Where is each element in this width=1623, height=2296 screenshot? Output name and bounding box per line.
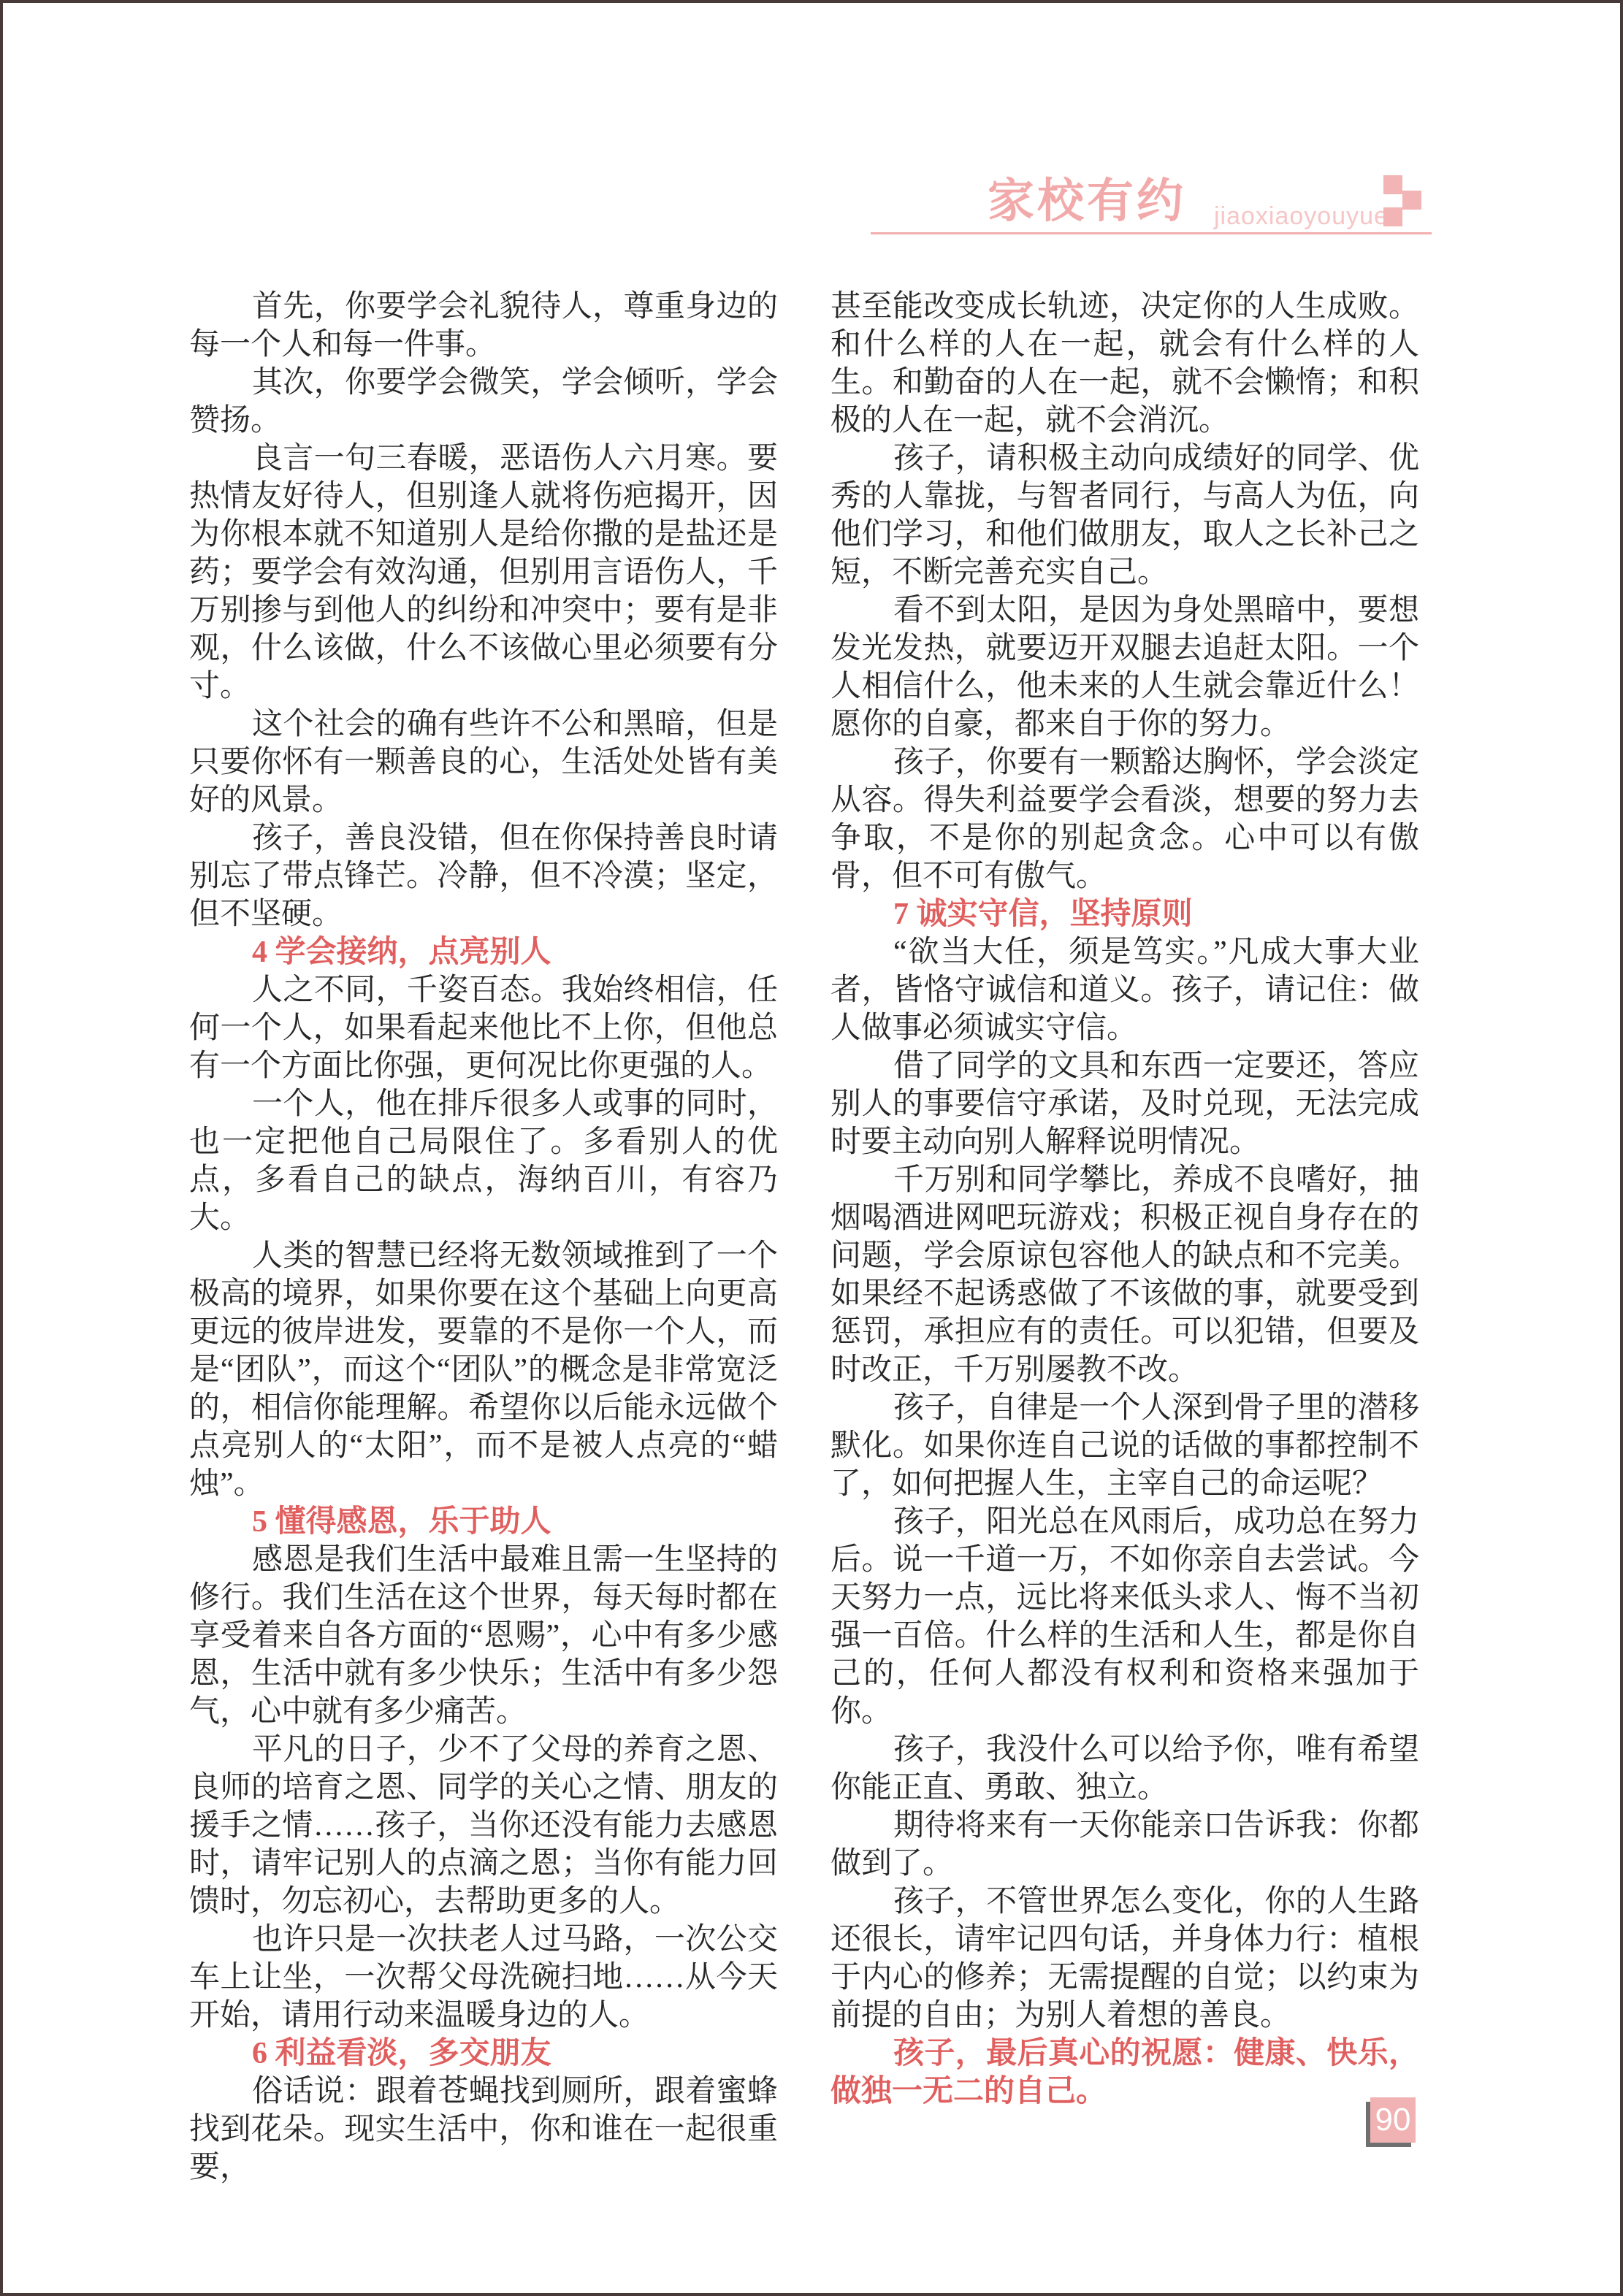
- paragraph: 感恩是我们生活中最难且需一生坚持的修行。我们生活在这个世界，每天每时都在享受着来…: [189, 1541, 778, 1731]
- closing-wish-paragraph: 孩子，最后真心的祝愿：健康、快乐，做独一无二的自己。: [830, 2035, 1419, 2111]
- paragraph: 孩子，你要有一颗豁达胸怀，学会淡定从容。得失利益要学会看淡，想要的努力去争取，不…: [830, 743, 1419, 895]
- paragraph: 借了同学的文具和东西一定要还，答应别人的事要信守承诺，及时兑现，无法完成时要主动…: [830, 1047, 1419, 1161]
- paragraph: 孩子，不管世界怎么变化，你的人生路还很长，请牢记四句话，并身体力行：植根于内心的…: [830, 1883, 1419, 2035]
- paragraph: 看不到太阳，是因为身处黑暗中，要想发光发热，就要迈开双腿去追赶太阳。一个人相信什…: [830, 592, 1419, 743]
- paragraph: 平凡的日子，少不了父母的养育之恩、良师的培育之恩、同学的关心之情、朋友的援手之情…: [189, 1731, 778, 1921]
- paragraph: 首先，你要学会礼貌待人，尊重身边的每一个人和每一件事。: [189, 288, 778, 364]
- pink-square-icon: [1402, 191, 1421, 210]
- paragraph: 孩子，善良没错，但在你保持善良时请别忘了带点锋芒。冷静，但不冷漠；坚定，但不坚硬…: [189, 819, 778, 933]
- magazine-page: 家校有约 jiaoxiaoyouyue 首先，你要学会礼貌待人，尊重身边的每一个…: [0, 0, 1623, 2296]
- section-heading-6: 6 利益看淡，多交朋友: [189, 2035, 778, 2073]
- section-heading-7: 7 诚实守信，坚持原则: [830, 895, 1419, 933]
- column-title-pinyin: jiaoxiaoyouyue: [1214, 202, 1389, 231]
- page-header: 家校有约 jiaoxiaoyouyue: [871, 169, 1432, 234]
- paragraph: 孩子，请积极主动向成绩好的同学、优秀的人靠拢，与智者同行，与高人为伍，向他们学习…: [830, 440, 1419, 592]
- paragraph: 千万别和同学攀比，养成不良嗜好，抽烟喝酒进网吧玩游戏；积极正视自身存在的问题，学…: [830, 1161, 1419, 1389]
- page-number-badge: 90: [1370, 2097, 1416, 2143]
- paragraph: 孩子，自律是一个人深到骨子里的潜移默化。如果你连自己说的话做的事都控制不了，如何…: [830, 1389, 1419, 1503]
- paragraph: 孩子，我没什么可以给予你，唯有希望你能正直、勇敢、独立。: [830, 1731, 1419, 1807]
- paragraph: 期待将来有一天你能亲口告诉我：你都做到了。: [830, 1807, 1419, 1883]
- paragraph: 人类的智慧已经将无数领域推到了一个极高的境界，如果你要在这个基础上向更高更远的彼…: [189, 1237, 778, 1503]
- paragraph: 俗话说：跟着苍蝇找到厕所，跟着蜜蜂找到花朵。现实生活中，你和谁在一起很重要，: [189, 2073, 778, 2186]
- paragraph: 人之不同，千姿百态。我始终相信，任何一个人，如果看起来他比不上你，但他总有一个方…: [189, 971, 778, 1085]
- checker-squares-decoration: [1383, 175, 1421, 232]
- paragraph: 良言一句三春暖，恶语伤人六月寒。要热情友好待人，但别逢人就将伤疤揭开，因为你根本…: [189, 440, 778, 705]
- paragraph: 一个人，他在排斥很多人或事的同时，也一定把他自己局限住了。多看别人的优点，多看自…: [189, 1085, 778, 1237]
- paragraph-continuation: 甚至能改变成长轨迹，决定你的人生成败。和什么样的人在一起，就会有什么样的人生。和…: [830, 288, 1419, 440]
- left-text-column: 首先，你要学会礼貌待人，尊重身边的每一个人和每一件事。 其次，你要学会微笑，学会…: [189, 288, 778, 2186]
- paragraph: 孩子，阳光总在风雨后，成功总在努力后。说一千道一万，不如你亲自去尝试。今天努力一…: [830, 1503, 1419, 1731]
- pink-square-icon: [1383, 175, 1402, 194]
- paragraph: 这个社会的确有些许不公和黑暗，但是只要你怀有一颗善良的心，生活处处皆有美好的风景…: [189, 705, 778, 819]
- column-title: 家校有约: [988, 164, 1186, 231]
- paragraph: 也许只是一次扶老人过马路，一次公交车上让坐，一次帮父母洗碗扫地……从今天开始，请…: [189, 1921, 778, 2035]
- paragraph: “欲当大任，须是笃实。”凡成大事大业者，皆恪守诚信和道义。孩子，请记住：做人做事…: [830, 933, 1419, 1047]
- section-heading-4: 4 学会接纳，点亮别人: [189, 933, 778, 971]
- pink-square-icon: [1383, 207, 1402, 226]
- right-text-column: 甚至能改变成长轨迹，决定你的人生成败。和什么样的人在一起，就会有什么样的人生。和…: [830, 288, 1419, 2111]
- section-heading-5: 5 懂得感恩，乐于助人: [189, 1503, 778, 1541]
- paragraph: 其次，你要学会微笑，学会倾听，学会赞扬。: [189, 364, 778, 440]
